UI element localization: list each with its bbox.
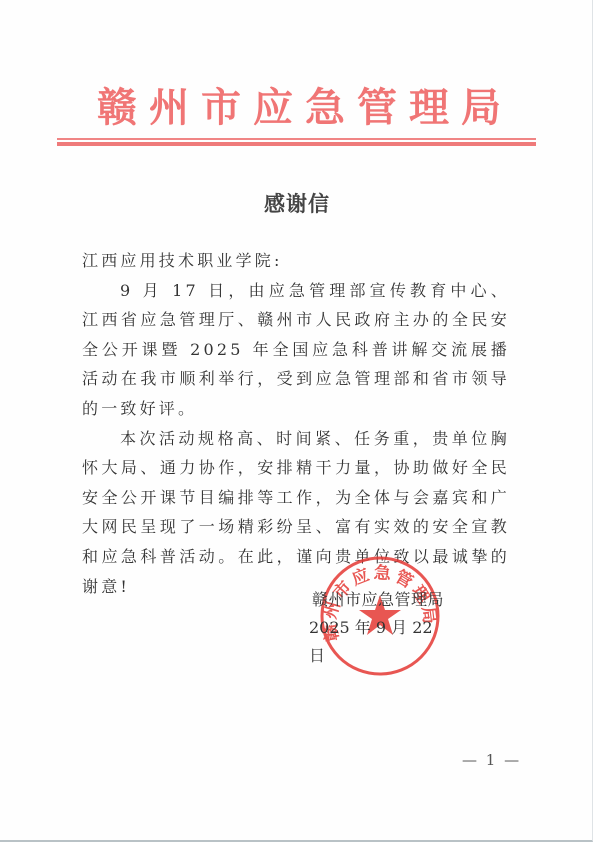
- document-page: 赣州市应急管理局 感谢信 江西应用技术职业学院: 9 月 17 日，由应急管理部…: [0, 0, 593, 842]
- document-title: 感谢信: [0, 190, 594, 218]
- salutation: 江西应用技术职业学院:: [82, 246, 510, 276]
- letterhead-rule-thin: [57, 138, 536, 140]
- letter-body: 江西应用技术职业学院: 9 月 17 日，由应急管理部宣传教育中心、江西省应急管…: [82, 246, 510, 601]
- letterhead-org-name: 赣州市应急管理局: [57, 84, 545, 132]
- page-number: — 1 —: [462, 750, 521, 770]
- signature-date: 2025 年 9 月 22 日: [300, 614, 450, 670]
- paragraph-2: 本次活动规格高、时间紧、任务重，贵单位胸怀大局、通力协作，安排精干力量，协助做好…: [82, 424, 510, 602]
- signature-org: 赣州市应急管理局: [300, 586, 450, 614]
- signature-block: 赣州市应急管理局 2025 年 9 月 22 日: [300, 586, 450, 670]
- letterhead-rule-thick: [57, 142, 536, 146]
- paragraph-1: 9 月 17 日，由应急管理部宣传教育中心、江西省应急管理厅、赣州市人民政府主办…: [82, 276, 510, 424]
